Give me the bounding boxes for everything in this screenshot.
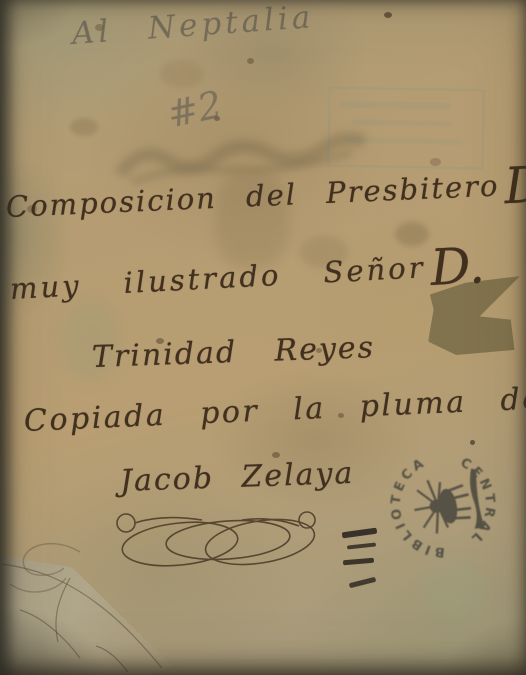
- library-stamp: BIBLIOTECA CENTRAL: [380, 442, 506, 568]
- manuscript-cover-page: Al Neptalia #2 Composicion del Presbiter…: [0, 0, 526, 675]
- title-line-4: Copiada por la pluma de: [23, 381, 526, 439]
- stamp-emblem: [409, 468, 486, 539]
- tally-mark: [347, 542, 376, 549]
- tally-mark: [342, 528, 377, 539]
- stamp-arc-bottom-text: CENTRAL: [452, 451, 505, 549]
- scribe-signature: Jacob Zelaya: [119, 456, 355, 499]
- title-line-2-text: muy ilustrado Señor: [9, 250, 426, 306]
- tally-mark: [349, 577, 376, 588]
- tally-mark: [343, 558, 374, 566]
- title-line-1-initial: Dr.: [503, 154, 526, 215]
- faint-pencil-scribble: [0, 540, 106, 610]
- pencil-inscription: Al Neptalia: [71, 0, 316, 52]
- title-line-3: Trinidad Reyes: [91, 330, 375, 375]
- calligraphic-flourish: [102, 506, 332, 581]
- svg-text:CENTRAL: CENTRAL: [452, 451, 505, 549]
- title-line-2-initial: D.: [429, 236, 486, 297]
